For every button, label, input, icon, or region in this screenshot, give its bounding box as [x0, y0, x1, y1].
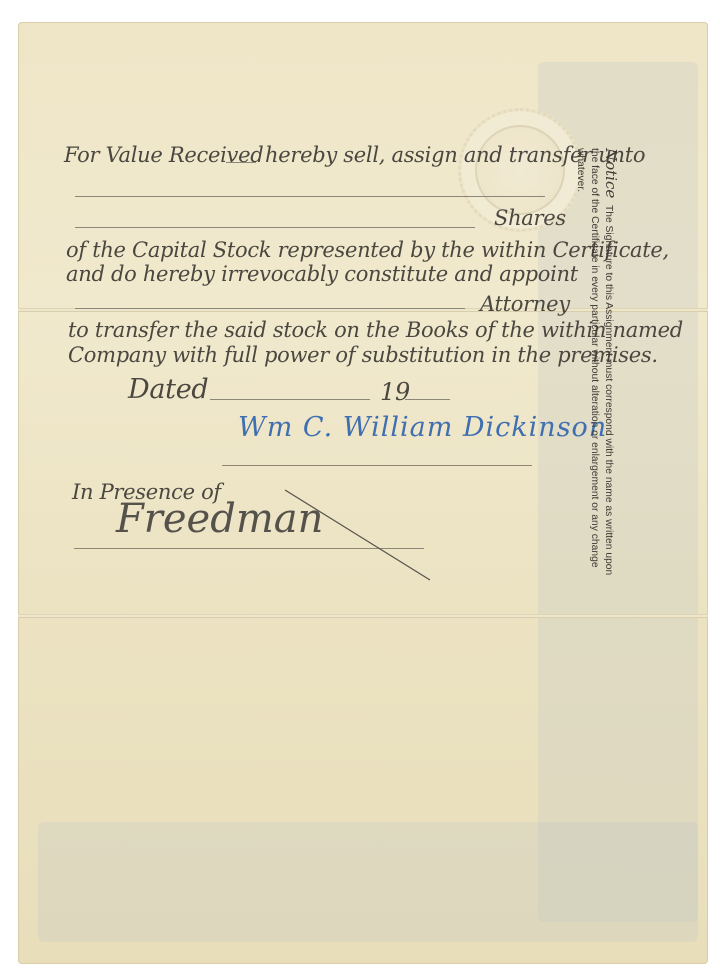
notice-label: Notice	[602, 148, 620, 198]
blank-line-date	[210, 399, 370, 400]
dated-label: Dated	[128, 374, 208, 405]
shares-label: Shares	[494, 206, 566, 230]
notice-vertical-text: Notice The Signature to this Assignment …	[578, 148, 618, 588]
year-prefix: 19	[380, 378, 410, 406]
blank-line-year	[405, 399, 450, 400]
irrevocably-appoint-line: and do hereby irrevocably constitute and…	[66, 262, 578, 286]
signature-line-assignor	[222, 465, 532, 466]
assignor-signature: Wm C. William Dickinson	[238, 412, 607, 443]
blank-line-transferee	[75, 196, 545, 197]
fold-line-lower	[18, 614, 708, 618]
substitution-line: Company with full power of substitution …	[68, 343, 658, 367]
notice-body: The Signature to this Assignment must co…	[575, 148, 614, 575]
witness-signature-stroke-icon	[280, 485, 450, 585]
attorney-label: Attorney	[480, 292, 570, 316]
for-value-received: For Value Received	[64, 143, 263, 167]
blank-line-attorney	[75, 308, 465, 309]
show-through-bottom	[38, 822, 698, 942]
blank-line-assignor	[226, 162, 256, 163]
blank-line-shares	[75, 227, 475, 228]
